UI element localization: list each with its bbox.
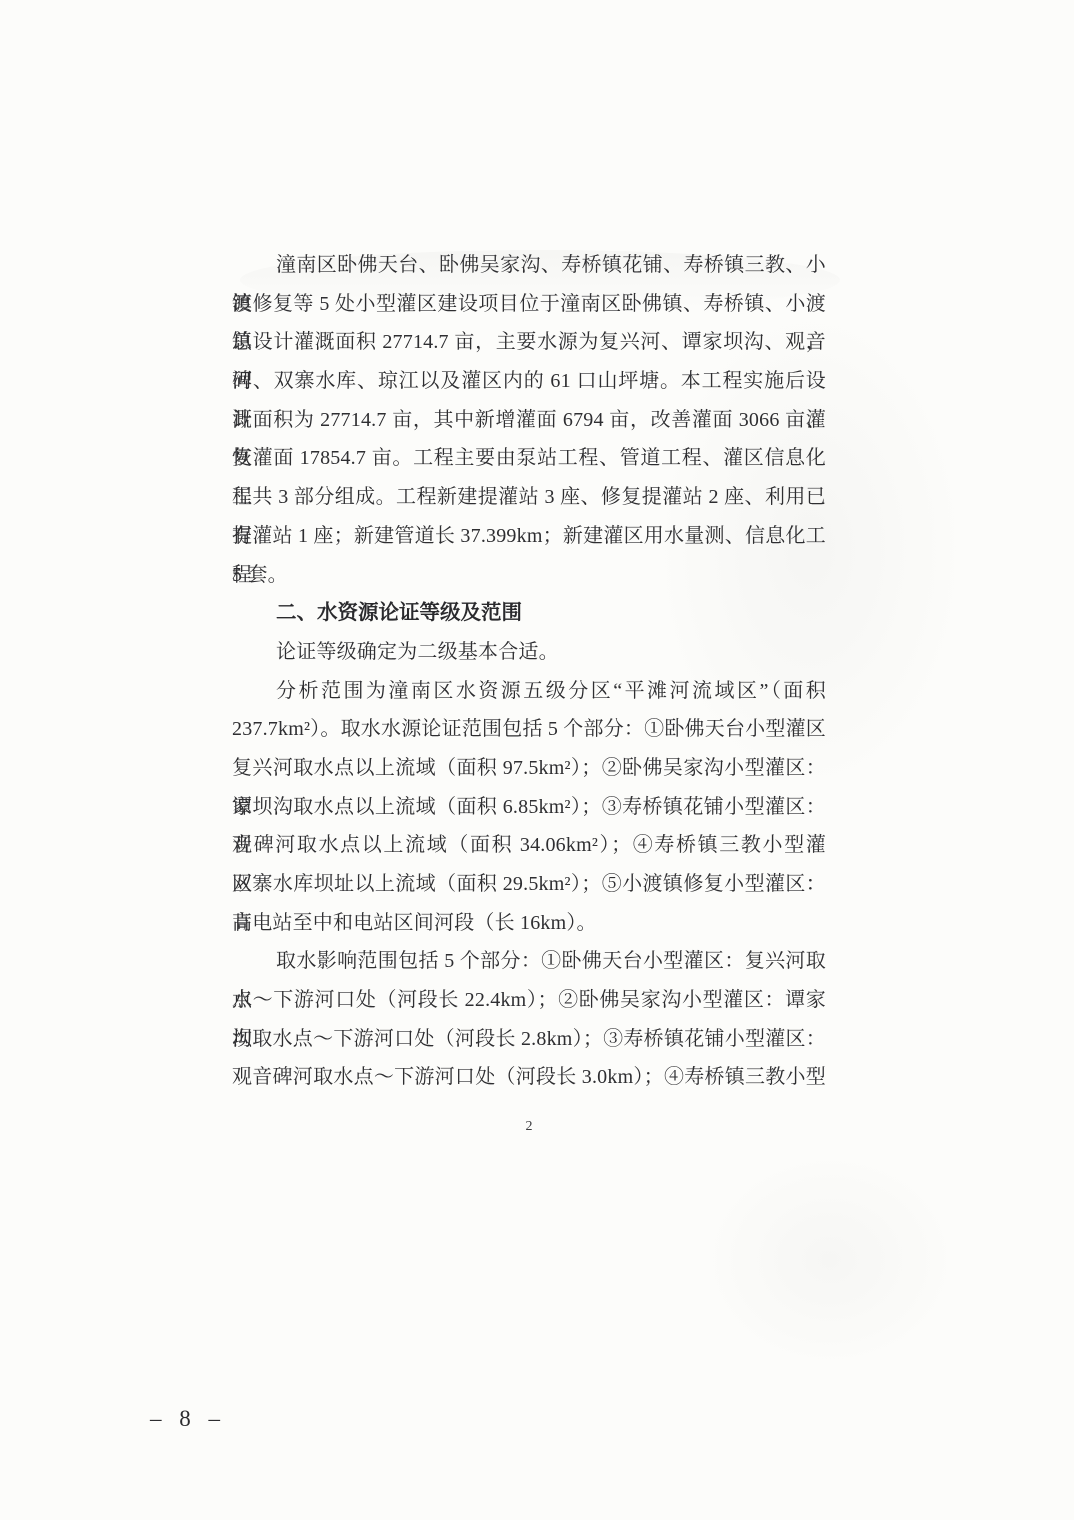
paragraph-line: 程共 3 部分组成。工程新建提灌站 3 座、修复提灌站 2 座、利用已有 (232, 478, 826, 517)
paragraph-line: 沟取水点～下游河口处（河段长 2.8km）；③寿桥镇花铺小型灌区： (232, 1020, 826, 1059)
paragraph-line: 潼南区卧佛天台、卧佛吴家沟、寿桥镇花铺、寿桥镇三教、小渡 (232, 246, 826, 285)
paragraph-line: 237.7km²）。取水水源论证范围包括 5 个部分：①卧佛天台小型灌区 (232, 710, 826, 749)
paragraph-line: 音碑河取水点以上流域（面积 34.06km²）；④寿桥镇三教小型灌区： (232, 826, 826, 865)
paragraph-line: 复兴河取水点以上流域（面积 97.5km²）；②卧佛吴家沟小型灌区：谭 (232, 749, 826, 788)
paragraph-line: 肯电站至中和电站区间河段（长 16km）。 (232, 904, 826, 943)
paragraph-line: 镇修复等 5 处小型灌区建设项目位于潼南区卧佛镇、寿桥镇、小渡镇， (232, 285, 826, 324)
paragraph-line: 家坝沟取水点以上流域（面积 6.85km²）；③寿桥镇花铺小型灌区：观 (232, 788, 826, 827)
paragraph-line: 5 套。 (232, 556, 826, 595)
body-text: 潼南区卧佛天台、卧佛吴家沟、寿桥镇花铺、寿桥镇三教、小渡 镇修复等 5 处小型灌… (232, 246, 826, 1135)
paragraph-line: 复灌面 17854.7 亩。工程主要由泵站工程、管道工程、灌区信息化工 (232, 439, 826, 478)
scanned-document-page: 潼南区卧佛天台、卧佛吴家沟、寿桥镇花铺、寿桥镇三教、小渡 镇修复等 5 处小型灌… (0, 0, 1074, 1520)
paragraph-line: 双寨水库坝址以上流域（面积 29.5km²）；⑤小渡镇修复小型灌区：高 (232, 865, 826, 904)
paragraph-line: 分析范围为潼南区水资源五级分区“平滩河流域区”（面积 (232, 672, 826, 711)
section-heading: 二、水资源论证等级及范围 (232, 594, 826, 633)
paragraph-line: 观音碑河取水点～下游河口处（河段长 3.0km）；④寿桥镇三教小型 (232, 1058, 826, 1097)
paragraph-line: 河、双寨水库、琼江以及灌区内的 61 口山坪塘。本工程实施后设计灌 (232, 362, 826, 401)
footer-page-number: – 8 – (150, 1406, 226, 1432)
paragraph-line: 取水影响范围包括 5 个部分：①卧佛天台小型灌区：复兴河取水 (232, 942, 826, 981)
paragraph-line: 论证等级确定为二级基本合适。 (232, 633, 826, 672)
paragraph-line: 总设计灌溉面积 27714.7 亩，主要水源为复兴河、谭家坝沟、观音碑 (232, 323, 826, 362)
inner-page-number: 2 (232, 1119, 826, 1135)
paragraph-line: 点～下游河口处（河段长 22.4km）；②卧佛吴家沟小型灌区：谭家坝 (232, 981, 826, 1020)
paragraph-line: 提灌站 1 座；新建管道长 37.399km；新建灌区用水量测、信息化工程 (232, 517, 826, 556)
scan-artifact (700, 1150, 960, 1370)
paragraph-line: 溉面积为 27714.7 亩，其中新增灌面 6794 亩，改善灌面 3066 亩… (232, 401, 826, 440)
